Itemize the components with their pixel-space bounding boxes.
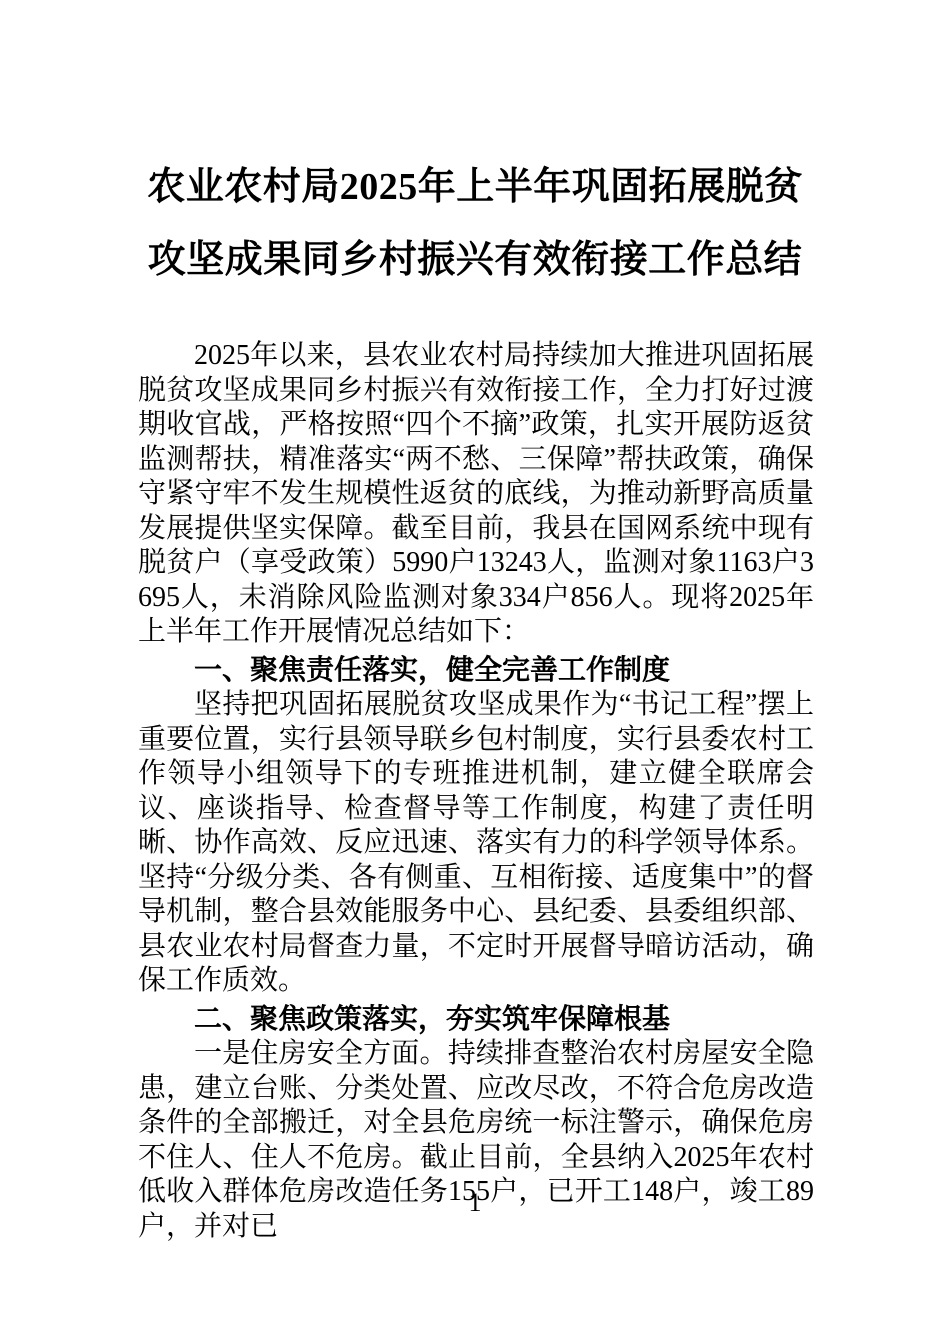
paragraph-intro: 2025年以来，县农业农村局持续加大推进巩固拓展脱贫攻坚成果同乡村振兴有效衔接工… xyxy=(138,339,814,650)
section-heading-1: 一、聚焦责任落实，健全完善工作制度 xyxy=(138,654,814,689)
document-body: 2025年以来，县农业农村局持续加大推进巩固拓展脱贫攻坚成果同乡村振兴有效衔接工… xyxy=(138,339,814,1244)
document-title: 农业农村局2025年上半年巩固拓展脱贫攻坚成果同乡村振兴有效衔接工作总结 xyxy=(137,151,813,297)
page-number: 1 xyxy=(0,1188,950,1218)
document-page: 农业农村局2025年上半年巩固拓展脱贫攻坚成果同乡村振兴有效衔接工作总结 202… xyxy=(0,0,950,1344)
paragraph-section-1: 坚持把巩固拓展脱贫攻坚成果作为“书记工程”摆上重要位置，实行县领导联乡包村制度，… xyxy=(138,688,814,999)
section-heading-2: 二、聚焦政策落实，夯实筑牢保障根基 xyxy=(138,1003,814,1038)
